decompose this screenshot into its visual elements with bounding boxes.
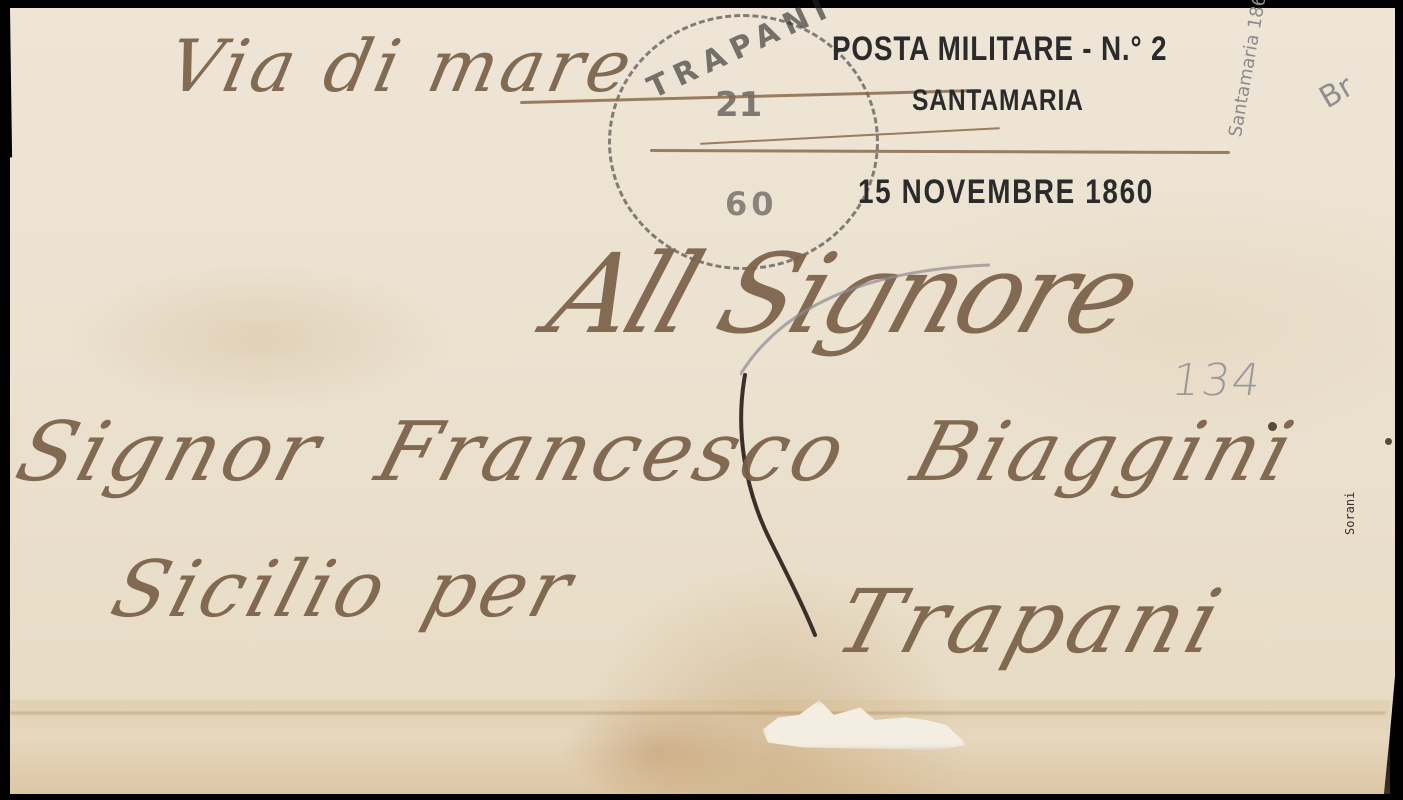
- destination-city: Trapani: [825, 570, 1236, 673]
- address-region: Sicilio: [102, 545, 400, 635]
- address-line-2: Sicilioper: [102, 545, 585, 635]
- military-cancel-line2: SANTAMARIA: [912, 84, 1084, 118]
- address-line-1: SignorFrancescoBiaggini: [6, 405, 1307, 500]
- expert-signature-mark: Sorani: [1343, 492, 1357, 535]
- pencil-arc: [740, 260, 1000, 380]
- pencil-number: 134: [1168, 355, 1265, 406]
- military-cancel-date: 15 NOVEMBRE 1860: [858, 173, 1154, 212]
- routing-note: Via di mare: [161, 24, 643, 108]
- address-title: Signor: [6, 405, 334, 500]
- address-first-name: Francesco: [367, 405, 860, 500]
- military-cancel-line1: POSTA MILITARE - N.° 2: [832, 30, 1167, 69]
- stain: [560, 700, 760, 800]
- ink-dot: [1385, 438, 1392, 445]
- address-per: per: [414, 545, 585, 635]
- datestamp-year: 60: [725, 185, 778, 223]
- datestamp-day: 21: [715, 85, 762, 125]
- ink-dot: [1268, 422, 1277, 431]
- address-surname: Biaggini: [902, 405, 1307, 500]
